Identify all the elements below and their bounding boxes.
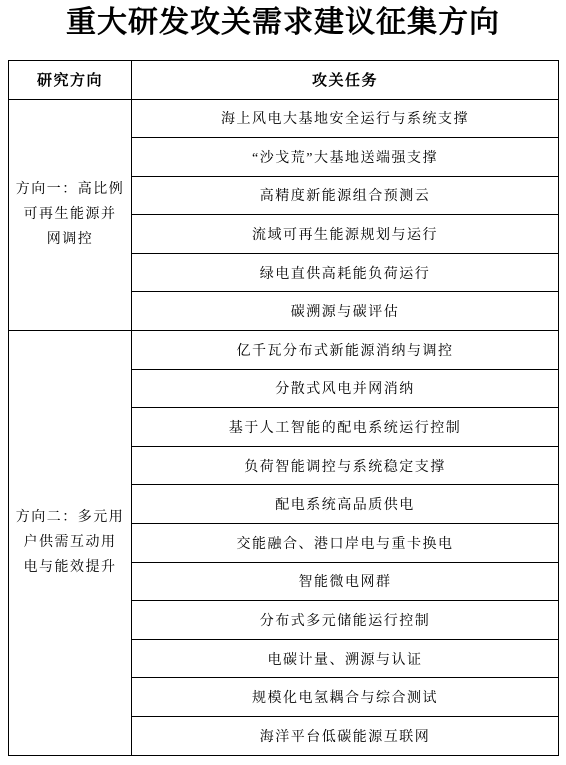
- task-cell: 绿电直供高耗能负荷运行: [132, 253, 559, 292]
- task-cell: 配电系统高品质供电: [132, 485, 559, 524]
- task-cell: 智能微电网群: [132, 562, 559, 601]
- task-cell: 亿千瓦分布式新能源消纳与调控: [132, 331, 559, 370]
- task-cell: 负荷智能调控与系统稳定支撑: [132, 446, 559, 485]
- direction-cell-1: 方向一：高比例 可再生能源并 网调控: [9, 99, 132, 331]
- column-header-direction: 研究方向: [9, 60, 132, 99]
- task-cell: 电碳计量、溯源与认证: [132, 639, 559, 678]
- task-cell: 交能融合、港口岸电与重卡换电: [132, 524, 559, 563]
- document-page: 重大研发攻关需求建议征集方向 研究方向 攻关任务 方向一：高比例 可再生能源并 …: [0, 0, 566, 765]
- task-cell: 海洋平台低碳能源互联网: [132, 717, 559, 756]
- task-cell: 分布式多元储能运行控制: [132, 601, 559, 640]
- task-cell: 基于人工智能的配电系统运行控制: [132, 408, 559, 447]
- table-row: 方向二：多元用 户供需互动用 电与能效提升 亿千瓦分布式新能源消纳与调控: [9, 331, 559, 370]
- requirements-table: 研究方向 攻关任务 方向一：高比例 可再生能源并 网调控 海上风电大基地安全运行…: [8, 60, 559, 756]
- task-cell: “沙戈荒”大基地送端强支撑: [132, 138, 559, 177]
- column-header-tasks: 攻关任务: [132, 60, 559, 99]
- header-row: 研究方向 攻关任务: [9, 60, 559, 99]
- task-cell: 分散式风电并网消纳: [132, 369, 559, 408]
- table-row: 方向一：高比例 可再生能源并 网调控 海上风电大基地安全运行与系统支撑: [9, 99, 559, 138]
- direction-cell-2: 方向二：多元用 户供需互动用 电与能效提升: [9, 331, 132, 756]
- task-cell: 海上风电大基地安全运行与系统支撑: [132, 99, 559, 138]
- task-cell: 高精度新能源组合预测云: [132, 176, 559, 215]
- task-cell: 规模化电氢耦合与综合测试: [132, 678, 559, 717]
- task-cell: 流域可再生能源规划与运行: [132, 215, 559, 254]
- task-cell: 碳溯源与碳评估: [132, 292, 559, 331]
- page-title: 重大研发攻关需求建议征集方向: [0, 0, 566, 41]
